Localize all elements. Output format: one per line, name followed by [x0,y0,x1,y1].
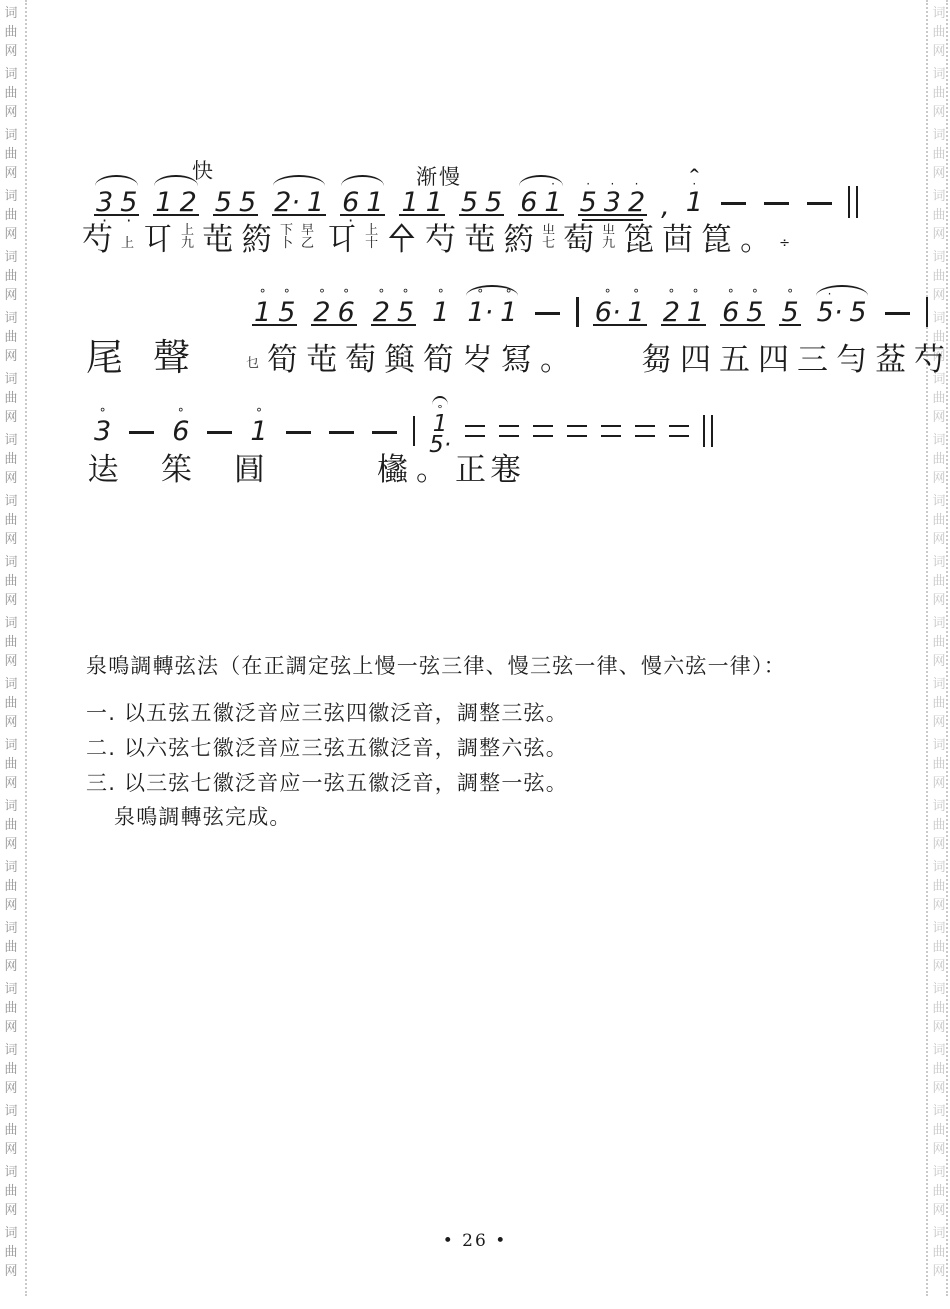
note-token: ·5· [817,281,843,337]
watermark-char: 曲 [4,938,17,957]
tuning-step-1: 一. 以五弦五徽泛音应三弦四徽泛音，調整三弦。 [86,697,568,727]
watermark-char: 曲 [4,267,17,286]
left-dotted-border [25,0,27,1296]
watermark-char: 网 [932,1140,945,1159]
watermark-char: 曲 [4,633,17,652]
tablature-glyph: 筍 [423,342,454,378]
tablature-glyph: 㔿 [326,222,357,258]
watermark-group: 词曲网 [932,1041,945,1098]
watermark-char: 网 [4,896,17,915]
tablature-line: 迲䇬㘣欚。正寋 [88,452,529,488]
watermark-char: 网 [4,103,17,122]
note-digit: 5 [781,299,798,326]
note-group [926,297,929,337]
tablature-glyph: 㞮 [462,342,493,378]
watermark-char: 网 [4,347,17,366]
watermark-group: 词曲网 [4,736,17,793]
watermark-group: 词曲网 [4,492,17,549]
watermark-left-column: 词曲网词曲网词曲网词曲网词曲网词曲网词曲网词曲网词曲网词曲网词曲网词曲网词曲网词… [2,4,20,1285]
scanned-score-page: { "page": { "number": "• 26 •" }, "color… [0,0,950,1309]
tablature-glyph: 尾 [86,338,123,378]
beam-group: 6·1 [340,171,385,227]
watermark-char: 网 [4,835,17,854]
watermark-char: 网 [4,42,17,61]
note-digit: 1 [544,189,561,216]
note-digit: 6 [338,299,355,326]
watermark-char: 网 [932,42,945,61]
note-digit: 2 [180,189,197,216]
fingering-mark-small: 上 [121,237,134,258]
final-barline [848,186,858,218]
watermark-char: 曲 [4,84,17,103]
note-group: °2°6 [311,281,356,337]
note-group: °1 [248,400,269,456]
slur-group: 2·1 [272,171,326,227]
note-token: 5 [239,171,256,227]
watermark-char: 网 [4,1018,17,1037]
tablature-line: 尾聲乜筍芚萄籅筍㞮冩。芻四五四三勻葐芍。 [86,338,950,378]
note-digit: 6· [595,299,621,326]
watermark-group: 词曲网 [4,919,17,976]
note-token: °6· [595,281,621,337]
note-digit: 1· [467,299,493,326]
watermark-char: 网 [932,774,945,793]
watermark-char: 词 [4,919,17,938]
note-token: °1 [628,281,645,337]
note-digit: 1 [366,189,383,216]
watermark-group: 词曲网 [932,1163,945,1220]
note-group: 55 [459,171,504,227]
watermark-char: 词 [932,980,945,999]
tuning-closing-line: 泉鳴調轉弦完成。 [114,801,292,831]
watermark-group: 词曲网 [932,492,945,549]
watermark-char: 曲 [4,572,17,591]
stacked-chord: °15· [429,396,451,456]
watermark-group: 词曲网 [4,858,17,915]
fingering-char: 七 [542,237,555,250]
watermark-char: 曲 [4,389,17,408]
rest-dash [721,202,746,205]
tablature-glyph: 正 [455,452,486,488]
note-group: °6°5 [720,281,765,337]
watermark-char: 曲 [4,511,17,530]
note-token: ·3 [604,171,621,227]
watermark-char: 词 [4,736,17,755]
tablature-glyph: 茴 [662,222,693,258]
watermark-char: 词 [932,858,945,877]
note-digit: 1 [401,189,418,216]
note-digit: 3 [604,189,621,216]
watermark-char: 网 [4,774,17,793]
beam-group: °5 [779,281,800,337]
beam-group: 11 [399,171,444,227]
watermark-char: 网 [932,957,945,976]
watermark-char: 网 [932,591,945,610]
watermark-char: 网 [932,530,945,549]
note-digit: 2 [373,299,390,326]
slur-group: °1·°1 [465,281,519,337]
note-digit: 2· [274,189,300,216]
watermark-char: 词 [4,4,17,23]
watermark-char: 曲 [4,694,17,713]
watermark-group: 词曲网 [4,126,17,183]
tuning-step-3: 三. 以三弦七徽泛音应一弦五徽泛音，調整一弦。 [86,767,568,797]
beam-group: °1°5 [252,281,297,337]
note-group [805,202,834,227]
tablature-glyph: 四 [758,342,789,378]
fingering-char: 卜 [280,237,293,250]
watermark-group: 词曲网 [4,675,17,732]
watermark-char: 网 [4,1079,17,1098]
watermark-char: 网 [932,225,945,244]
watermark-group: 词曲网 [932,187,945,244]
watermark-group: 词曲网 [932,736,945,793]
fingering-mark-small: 上十 [365,224,378,258]
fingering-mark-small: 㞢九 [602,224,615,258]
tablature-glyph: 聲 [153,338,190,378]
watermark-char: 词 [932,1041,945,1060]
note-token: °5 [781,281,798,337]
tablature-glyph: 。 [540,342,571,378]
beam-group: °3 [92,400,113,456]
rest-dash [207,431,232,434]
watermark-char: 曲 [4,145,17,164]
note-group: °3 [92,400,113,456]
watermark-char: 词 [4,980,17,999]
fingering-char: 九 [181,237,194,250]
slur-group: 6·1 [518,171,563,227]
note-token: 2 [180,171,197,227]
watermark-group: 词曲网 [4,553,17,610]
note-digit: 5 [239,189,256,216]
note-digit: 2 [663,299,680,326]
note-group [601,425,621,456]
watermark-char: 曲 [932,877,945,896]
watermark-char: 网 [932,103,945,122]
note-token: °1 [250,400,267,456]
note-digit: 5 [849,299,866,326]
watermark-char: 网 [4,1140,17,1159]
watermark-group: 词曲网 [932,675,945,732]
watermark-char: 曲 [4,999,17,1018]
note-token: 6 [520,171,537,227]
tablature-glyph: 䇬 [161,452,192,488]
note-digit: 1 [686,189,703,216]
watermark-char: 词 [4,65,17,84]
watermark-char: 曲 [932,511,945,530]
tablature-glyph: 芍 [82,222,113,258]
breath-mark: , [661,193,670,221]
note-token: 5 [461,171,478,227]
beam-group: °1 [430,281,451,337]
watermark-group: 词曲网 [4,614,17,671]
fingering-char: 乙 [301,237,314,250]
watermark-char: 网 [4,225,17,244]
watermark-char: 词 [932,614,945,633]
watermark-char: 词 [4,126,17,145]
note-token: ·5 [580,171,597,227]
watermark-group: 词曲网 [932,4,945,61]
note-token: 5 [485,171,502,227]
tablature-glyph: 芚 [202,222,233,258]
watermark-char: 曲 [4,877,17,896]
tablature-glyph: 箟 [701,222,732,258]
note-group [533,425,553,456]
fingering-mark-small: ÷ [779,237,790,258]
final-barline [703,415,713,447]
watermark-group: 词曲网 [4,1102,17,1159]
tablature-glyph: 㔿 [142,222,173,258]
watermark-char: 网 [4,652,17,671]
note-digit: 5 [746,299,763,326]
watermark-char: 曲 [932,206,945,225]
watermark-char: 曲 [932,816,945,835]
beam-group: 6·1 [518,171,563,227]
note-group [703,415,713,456]
tablature-glyph: 芍 [425,222,456,258]
watermark-char: 曲 [932,633,945,652]
tuning-method-title: 泉鳴調轉弦法（在正調定弦上慢一弦三律、慢三弦一律、慢六弦一律）： [86,650,786,680]
watermark-char: 词 [932,1102,945,1121]
note-group: 55 [213,171,258,227]
watermark-char: 词 [4,1163,17,1182]
note-token: °5 [397,281,414,337]
tuning-step-2: 二. 以六弦七徽泛音应三弦五徽泛音，調整六弦。 [86,732,568,762]
watermark-char: 网 [932,164,945,183]
note-token: ·1 [544,171,561,227]
watermark-right-column: 词曲网词曲网词曲网词曲网词曲网词曲网词曲网词曲网词曲网词曲网词曲网词曲网词曲网词… [930,4,948,1285]
note-digit: 5 [580,189,597,216]
tablature-glyph: 箹 [503,222,534,258]
barline [413,416,416,446]
tablature-glyph: 三 [797,342,828,378]
note-digit: 1 [250,418,267,445]
note-group: °1 [430,281,451,337]
tablature-glyph: 迲 [88,452,119,488]
tablature-glyph: 芚 [306,342,337,378]
tremolo-mark [601,425,621,437]
slur-group: 6·1 [340,171,385,227]
watermark-group: 词曲网 [4,370,17,427]
note-token: ·2 [628,171,645,227]
watermark-group: 词曲网 [932,126,945,183]
watermark-group: 词曲网 [4,1041,17,1098]
rest-dash [286,431,311,434]
watermark-group: 词曲网 [4,980,17,1037]
note-group: ·5·3·2 [578,171,648,227]
watermark-char: 词 [932,431,945,450]
beam-group: °1·°1 [465,281,519,337]
note-digit: 6 [172,418,189,445]
beam-group: °6 [170,400,191,456]
watermark-char: 词 [932,797,945,816]
note-digit: 1 [307,189,324,216]
watermark-char: 网 [932,1262,945,1281]
note-group: °1°5 [252,281,297,337]
watermark-group: 词曲网 [4,248,17,305]
note-token: °5 [746,281,763,337]
note-digit: 1 [155,189,172,216]
note-token: °1 [254,281,271,337]
slur-group: 3·5· [94,171,139,227]
watermark-char: 词 [4,492,17,511]
watermark-char: 词 [4,553,17,572]
note-group: 11 [399,171,444,227]
watermark-char: 词 [4,370,17,389]
note-group: °5 [779,281,800,337]
watermark-group: 词曲网 [4,4,17,61]
note-digit: 5 [397,299,414,326]
watermark-group: 词曲网 [4,187,17,244]
beam-group: °2°6 [311,281,356,337]
note-token: 5· [120,171,137,227]
beam-group: °2°5 [371,281,416,337]
tablature-glyph: 冩 [501,342,532,378]
note-token: °6 [338,281,355,337]
tablature-glyph: 五 [719,342,750,378]
note-token: 6· [342,171,359,227]
note-token: °3 [94,400,111,456]
tablature-glyph: 籅 [384,342,415,378]
watermark-char: 网 [932,469,945,488]
note-digit: 6 [520,189,537,216]
note-digit: 1 [254,299,271,326]
fingering-char: 十 [365,237,378,250]
watermark-char: 网 [4,530,17,549]
note-digit: 5· [817,299,843,326]
note-group [635,425,655,456]
watermark-char: 曲 [4,816,17,835]
beam-group: ^·1 [684,171,705,227]
watermark-char: 网 [932,1201,945,1220]
watermark-char: 曲 [4,1182,17,1201]
note-group: ^·1 [684,171,705,227]
page-number: • 26 • [0,1231,950,1251]
note-token: 2· [274,171,300,227]
fingering-char: 乜 [246,357,259,370]
watermark-char: 曲 [932,572,945,591]
watermark-char: 曲 [932,1182,945,1201]
watermark-char: 曲 [932,23,945,42]
beam-group: ·5·3·2 [578,171,648,227]
watermark-char: 词 [932,553,945,572]
watermark-char: 网 [932,408,945,427]
watermark-group: 词曲网 [932,553,945,610]
note-digit: 1 [687,299,704,326]
beam-group: 55 [213,171,258,227]
watermark-group: 词曲网 [932,614,945,671]
watermark-char: 词 [932,4,945,23]
note-token: 1 [155,171,172,227]
note-digit: 5 [485,189,502,216]
note-group: °6 [170,400,191,456]
watermark-char: 词 [4,1041,17,1060]
note-token: °1 [500,281,517,337]
note-token: °6 [722,281,739,337]
note-token: °1 [687,281,704,337]
fingering-char: 上 [121,237,134,250]
note-token: °2 [313,281,330,337]
barline [576,297,579,327]
note-token: 5 [215,171,232,227]
beam-group: °2°1 [661,281,706,337]
rest-dash [372,431,397,434]
tablature-glyph: 勻 [836,342,867,378]
watermark-group: 词曲网 [932,1102,945,1159]
note-digit: 2 [628,189,645,216]
note-token: °5 [278,281,295,337]
note-token: 1 [401,171,418,227]
watermark-char: 曲 [932,450,945,469]
watermark-char: 网 [4,591,17,610]
tremolo-mark [567,425,587,437]
note-digit: 3 [94,418,111,445]
tablature-glyph: 芍 [914,342,945,378]
watermark-group: 词曲网 [932,65,945,122]
note-digit: 5 [215,189,232,216]
tablature-glyph: 萄 [563,222,594,258]
fingering-mark-small: 㞢七 [542,224,555,258]
watermark-group: 词曲网 [932,370,945,427]
note-group: °2°5 [371,281,416,337]
slur-group: 12 [153,171,198,227]
watermark-char: 词 [932,675,945,694]
fingering-mark-small: 早乙 [301,224,314,258]
note-token: 5 [849,281,866,337]
tablature-glyph: 葐 [875,342,906,378]
note-token: °6 [172,400,189,456]
watermark-char: 词 [932,126,945,145]
note-digit: 1 [432,299,449,326]
beam-group: 3·5· [94,171,139,227]
note-token: °1· [467,281,493,337]
watermark-char: 曲 [932,694,945,713]
fingering-mark-small: 下卜 [280,224,293,258]
fingering-char: ÷ [779,237,790,250]
watermark-group: 词曲网 [932,858,945,915]
watermark-char: 词 [4,431,17,450]
note-digit: 5 [461,189,478,216]
watermark-char: 曲 [4,23,17,42]
watermark-char: 网 [4,1262,17,1281]
tablature-glyph: 㐃 [386,222,417,258]
note-token: 1 [307,171,324,227]
watermark-char: 网 [4,957,17,976]
tablature-glyph: 箆 [623,222,654,258]
note-group [567,425,587,456]
note-token: °2 [373,281,390,337]
notation-line: °1°5°2°6°2°5°1°1·°1°6·°1°2°1°6°5°5·5·5 [252,281,942,337]
tremolo-mark [499,425,519,437]
watermark-char: 曲 [932,999,945,1018]
tablature-line: 芍上㔿上九芚箹下卜早乙㔿上十㐃芍芚箹㞢七萄㞢九箆茴箟。÷ [82,222,798,258]
fingering-char: 九 [602,237,615,250]
watermark-char: 曲 [932,145,945,164]
slur-group: ·5·5 [815,281,869,337]
watermark-char: 网 [4,1201,17,1220]
note-group: °2°1 [661,281,706,337]
rest-dash [807,202,832,205]
watermark-char: 词 [4,187,17,206]
watermark-char: 网 [932,835,945,854]
watermark-group: 词曲网 [4,65,17,122]
beam-group: ·5·5 [815,281,869,337]
note-digit: 5 [278,299,295,326]
tablature-glyph: 四 [680,342,711,378]
watermark-char: 网 [4,164,17,183]
watermark-char: 网 [932,1079,945,1098]
watermark-char: 词 [932,65,945,84]
